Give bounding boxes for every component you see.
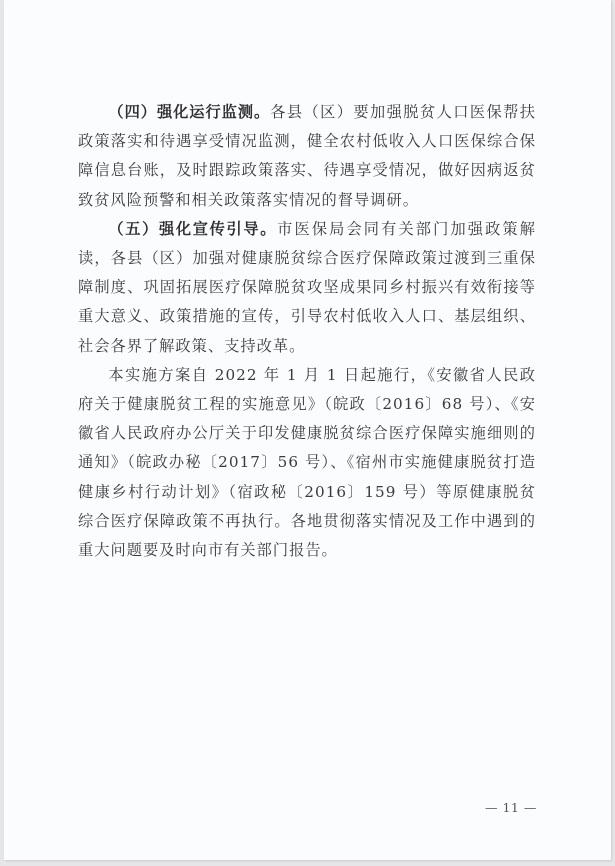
paragraph-monitoring: （四）强化运行监测。各县（区）要加强脱贫人口医保帮扶政策落实和待遇享受情况监测，… bbox=[78, 98, 536, 215]
document-page: （四）强化运行监测。各县（区）要加强脱贫人口医保帮扶政策落实和待遇享受情况监测，… bbox=[4, 0, 611, 860]
paragraph-effective-date: 本实施方案自 2022 年 1 月 1 日起施行，《安徽省人民政府关于健康脱贫工… bbox=[78, 361, 536, 565]
paragraph-text: 市医保局会同有关部门加强政策解读，各县（区）加强对健康脱贫综合医疗保障政策过渡到… bbox=[78, 220, 536, 355]
document-body: （四）强化运行监测。各县（区）要加强脱贫人口医保帮扶政策落实和待遇享受情况监测，… bbox=[78, 98, 536, 565]
paragraph-text: 本实施方案自 2022 年 1 月 1 日起施行，《安徽省人民政府关于健康脱贫工… bbox=[78, 366, 536, 559]
page-number: — 11 — bbox=[485, 800, 537, 815]
section-heading-publicity: （五）强化宣传引导。 bbox=[108, 220, 277, 238]
section-heading-monitoring: （四）强化运行监测。 bbox=[108, 103, 270, 121]
paragraph-publicity: （五）强化宣传引导。市医保局会同有关部门加强政策解读，各县（区）加强对健康脱贫综… bbox=[78, 215, 536, 361]
